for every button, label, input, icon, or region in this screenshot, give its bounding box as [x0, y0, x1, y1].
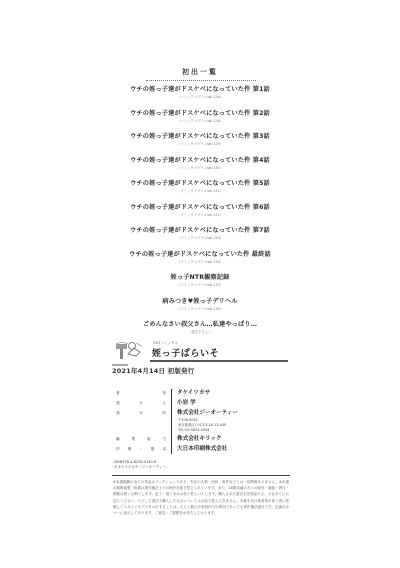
credit-source: （コミックマグナムVol.126）	[110, 94, 290, 100]
title-underline	[150, 360, 288, 362]
credits-heading: 初出一覧	[0, 67, 400, 77]
dotted-divider	[146, 80, 256, 81]
staff-key: 印刷・製本	[116, 445, 166, 453]
credit-title: 姪っ子NTR観察記録	[110, 273, 290, 282]
copyright: ©タケイツカサ／ジーオーティー	[114, 465, 166, 470]
credit-entry: ウチの姪っ子達がドスケベになっていた件 最終話 （コミックマグナムVol.134…	[110, 250, 290, 274]
credit-entry: 姪っ子NTR観察記録 （コミックマグナムVol.135）	[110, 273, 290, 297]
book-title: 姪っ子ぱらいそ	[152, 346, 219, 359]
staff-value: 株式会社キリック	[177, 435, 222, 443]
staff-row-editing: 編集協力 株式会社キリック	[116, 435, 306, 443]
credit-source: （コミックマグナムVol.132）	[110, 212, 290, 218]
staff-row-publisher-person: 発行人 小岩 学	[116, 399, 306, 407]
credit-title: ウチの姪っ子達がドスケベになっていた件 第5話	[110, 179, 290, 188]
credit-entry: ウチの姪っ子達がドスケベになっていた件 第4話 （コミックマグナムVol.130…	[110, 156, 290, 180]
staff-row-printing: 印刷・製本 大日本印刷株式会社	[116, 445, 306, 453]
staff-value: 大日本印刷株式会社	[177, 445, 227, 453]
credit-entry: ウチの姪っ子達がドスケベになっていた件 第1話 （コミックマグナムVol.126…	[110, 85, 290, 109]
credit-entry: ウチの姪っ子達がドスケベになっていた件 第2話 （コミックマグナムVol.128…	[110, 109, 290, 133]
staff-value: タケイツカサ	[177, 389, 210, 397]
credit-title: ウチの姪っ子達がドスケベになっていた件 第2話	[110, 109, 290, 118]
staff-key: 発行人	[116, 399, 166, 407]
credit-source: （コミックマグナムVol.134）	[110, 259, 290, 265]
credit-title: ごめんなさい叔父さん…私達やっぱり…	[110, 320, 290, 329]
credit-source: （描き下ろし）	[110, 329, 290, 335]
credit-entry: 病みつき♥姪っ子デリヘル （コミックマグナムVol.136）	[110, 297, 290, 321]
staff-key: 編集協力	[116, 435, 166, 443]
staff-row-publisher: 発行所 株式会社ジーオーティー	[116, 409, 306, 417]
credit-entry: ウチの姪っ子達がドスケベになっていた件 第5話 （コミックマグナムVol.131…	[110, 179, 290, 203]
credit-source: （コミックマグナムVol.128）	[110, 118, 290, 124]
credit-source: （コミックマグナムVol.136）	[110, 306, 290, 312]
staff-value: 小岩 学	[177, 399, 196, 407]
colophon-page: 初出一覧 ウチの姪っ子達がドスケベになっていた件 第1話 （コミックマグナムVo…	[0, 0, 400, 568]
staff-row-author: 著者 タケイツカサ	[116, 389, 306, 397]
credit-title: ウチの姪っ子達がドスケベになっていた件 第1話	[110, 85, 290, 94]
staff-value: 株式会社ジーオーティー	[177, 409, 238, 417]
credit-source: （コミックマグナムVol.129）	[110, 141, 290, 147]
legal-notice: ※本書掲載の全ての作品はフィクションであり、実在の人物・団体・事件などとは一切関…	[113, 479, 289, 516]
publication-date: 2021年4月14日 初版発行	[112, 366, 194, 375]
credits-list: ウチの姪っ子達がドスケベになっていた件 第1話 （コミックマグナムVol.126…	[110, 85, 290, 344]
credit-title: ウチの姪っ子達がドスケベになっていた件 第6話	[110, 203, 290, 212]
credit-source: （コミックマグナムVol.135）	[110, 282, 290, 288]
staff-key: 発行所	[116, 409, 166, 417]
credit-title: ウチの姪っ子達がドスケベになっていた件 第7話	[110, 226, 290, 235]
credit-title: ウチの姪っ子達がドスケベになっていた件 最終話	[110, 250, 290, 259]
credit-title: 病みつき♥姪っ子デリヘル	[110, 297, 290, 306]
notice-divider	[112, 475, 290, 476]
credit-source: （コミックマグナムVol.130）	[110, 165, 290, 171]
credit-entry: ウチの姪っ子達がドスケベになっていた件 第7話 （コミックマグナムVol.133…	[110, 226, 290, 250]
address-tel: TEL:03-5843-0034	[178, 428, 209, 433]
isbn-block: ISBN978-4-8236-0140-6 ©タケイツカサ／ジーオーティー	[114, 460, 166, 470]
credit-title: ウチの姪っ子達がドスケベになっていた件 第3話	[110, 132, 290, 141]
credit-entry: ウチの姪っ子達がドスケベになっていた件 第6話 （コミックマグナムVol.132…	[110, 203, 290, 227]
publisher-mascot-icon	[114, 340, 146, 362]
credit-title: ウチの姪っ子達がドスケベになっていた件 第4話	[110, 156, 290, 165]
credit-source: （コミックマグナムVol.131）	[110, 188, 290, 194]
credit-entry: ウチの姪っ子達がドスケベになっていた件 第3話 （コミックマグナムVol.129…	[110, 132, 290, 156]
credit-source: （コミックマグナムVol.133）	[110, 235, 290, 241]
staff-key: 著者	[116, 389, 166, 397]
